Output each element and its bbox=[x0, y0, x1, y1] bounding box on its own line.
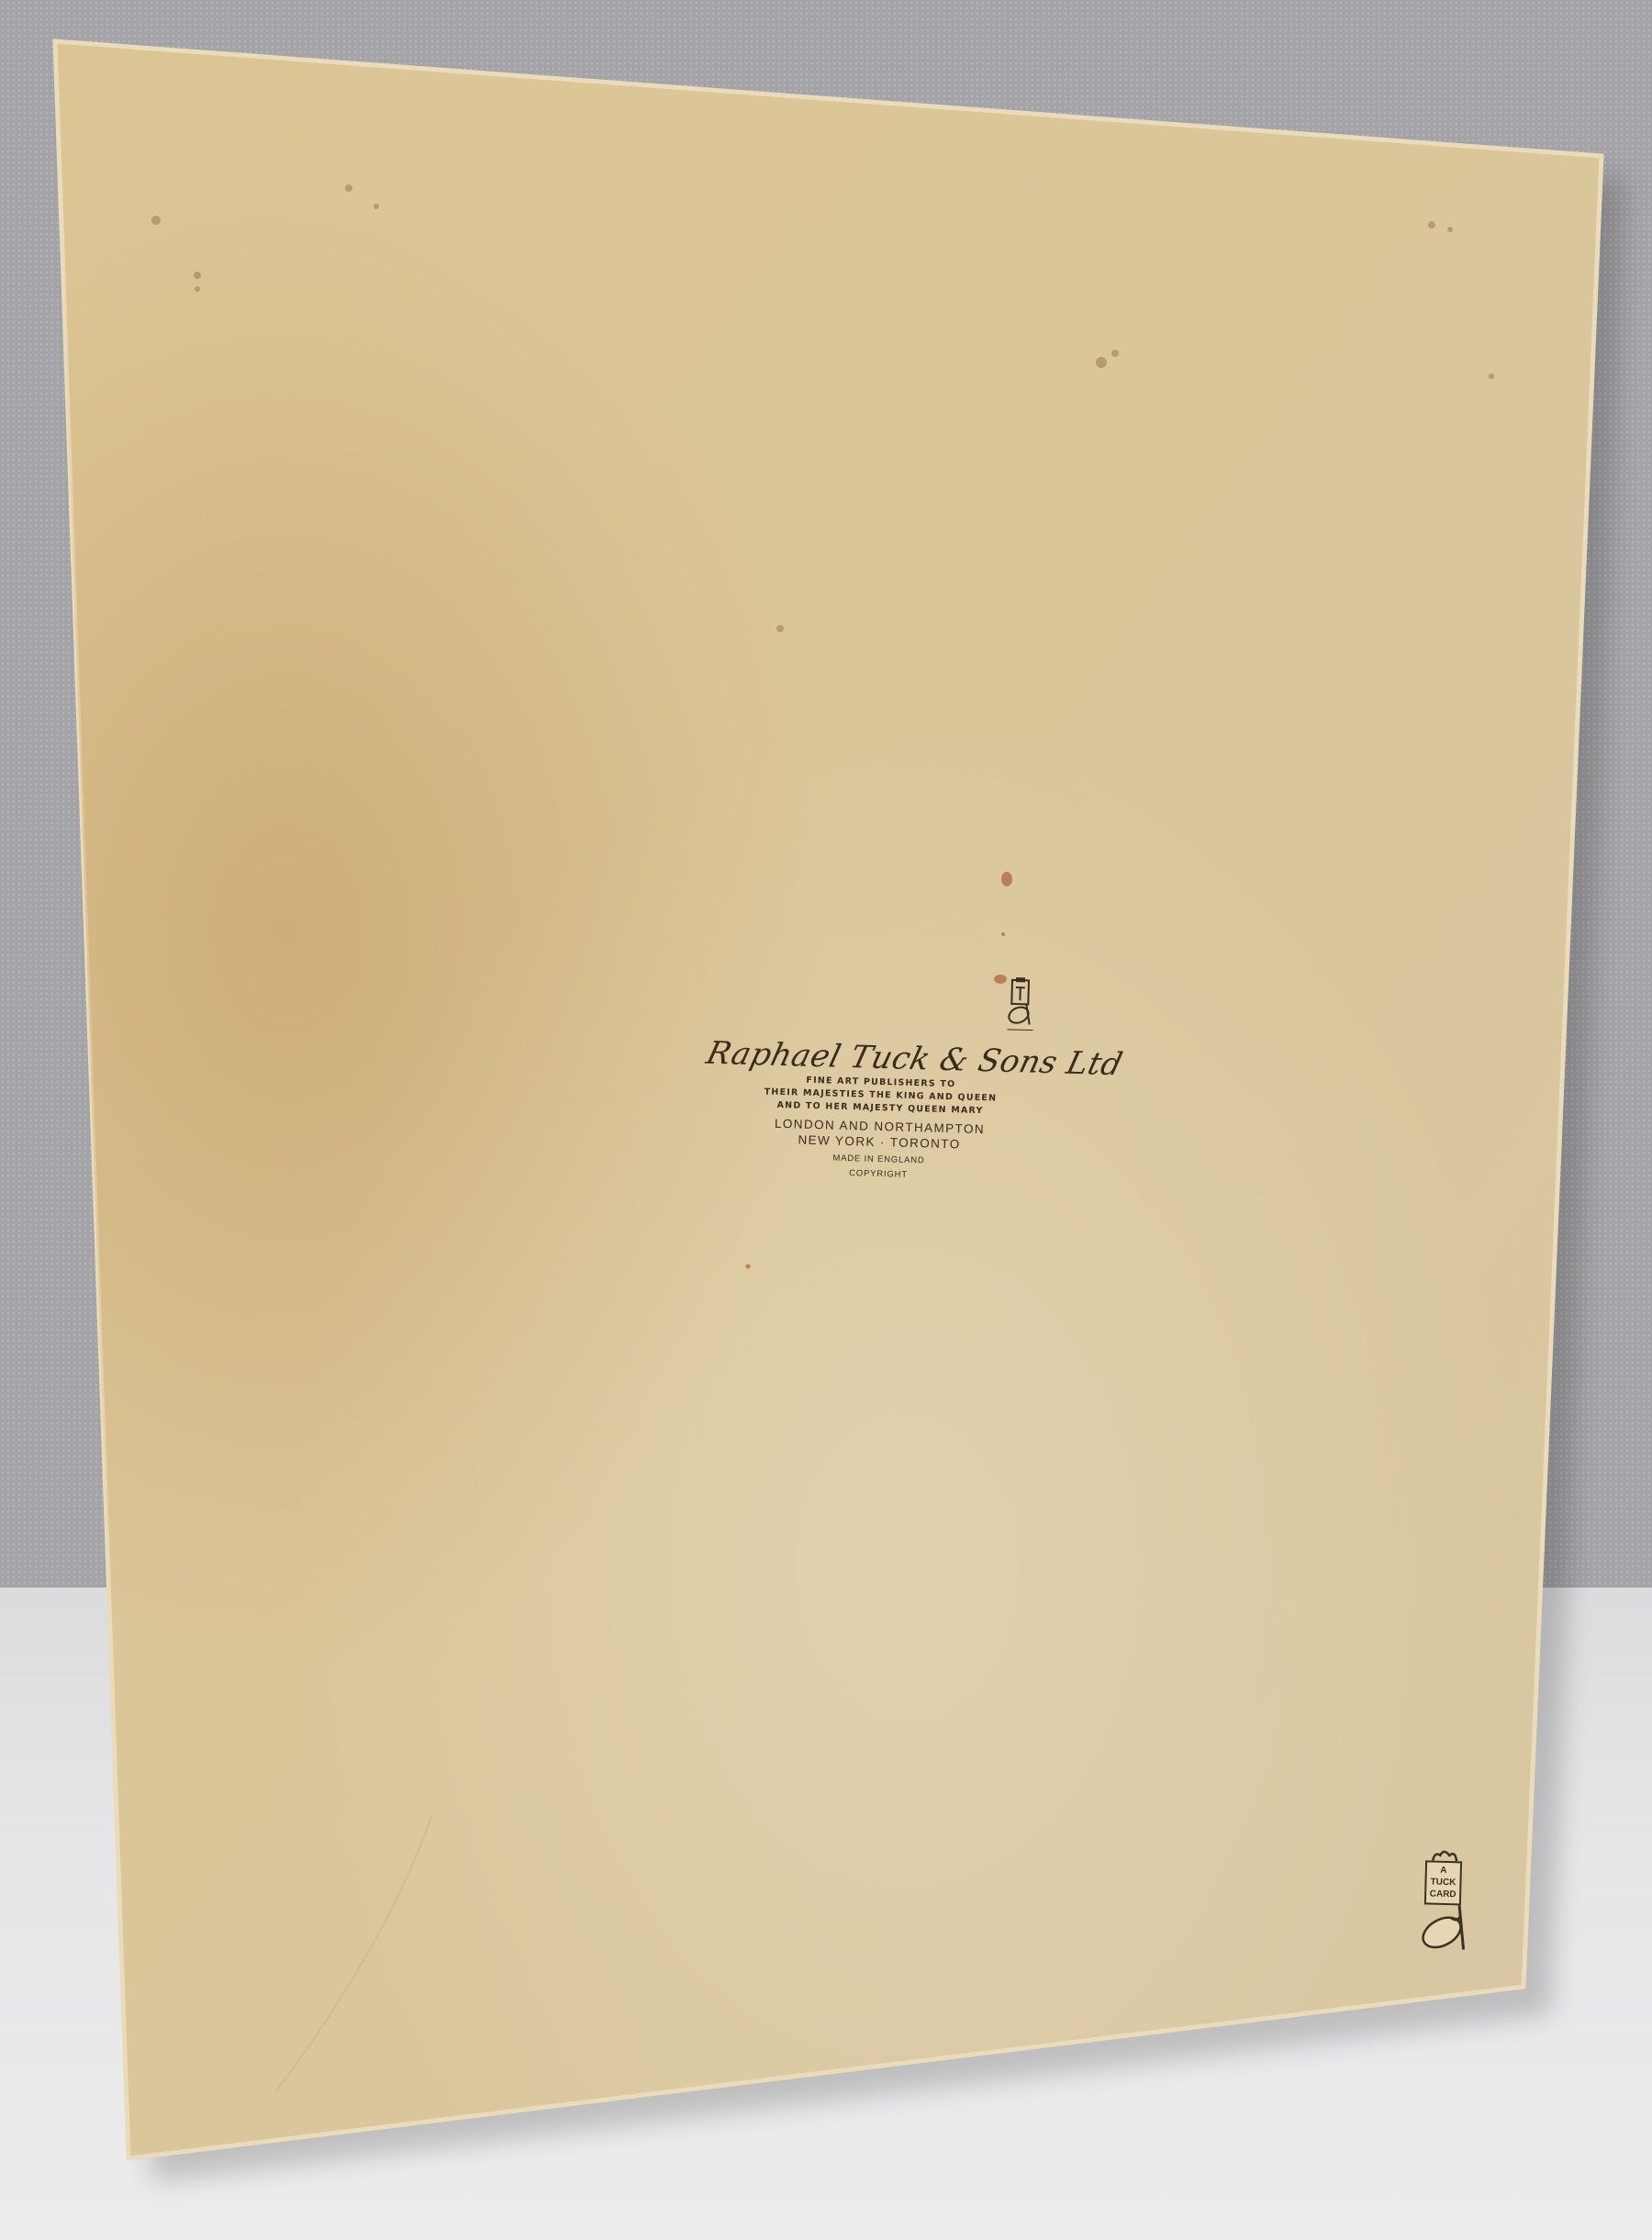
tuck-sign: A TUCK CARD bbox=[1424, 1860, 1462, 1905]
easel-palette-icon bbox=[1001, 976, 1040, 1034]
publisher-imprint: Raphael Tuck & Sons Ltd FINE ART PUBLISH… bbox=[704, 968, 1058, 1187]
tuck-logo-line-1: A bbox=[1427, 1864, 1460, 1877]
tuck-card-logo: A TUCK CARD bbox=[1410, 1840, 1486, 1959]
tuck-logo-line-3: CARD bbox=[1426, 1888, 1459, 1900]
tuck-logo-line-2: TUCK bbox=[1426, 1876, 1459, 1889]
